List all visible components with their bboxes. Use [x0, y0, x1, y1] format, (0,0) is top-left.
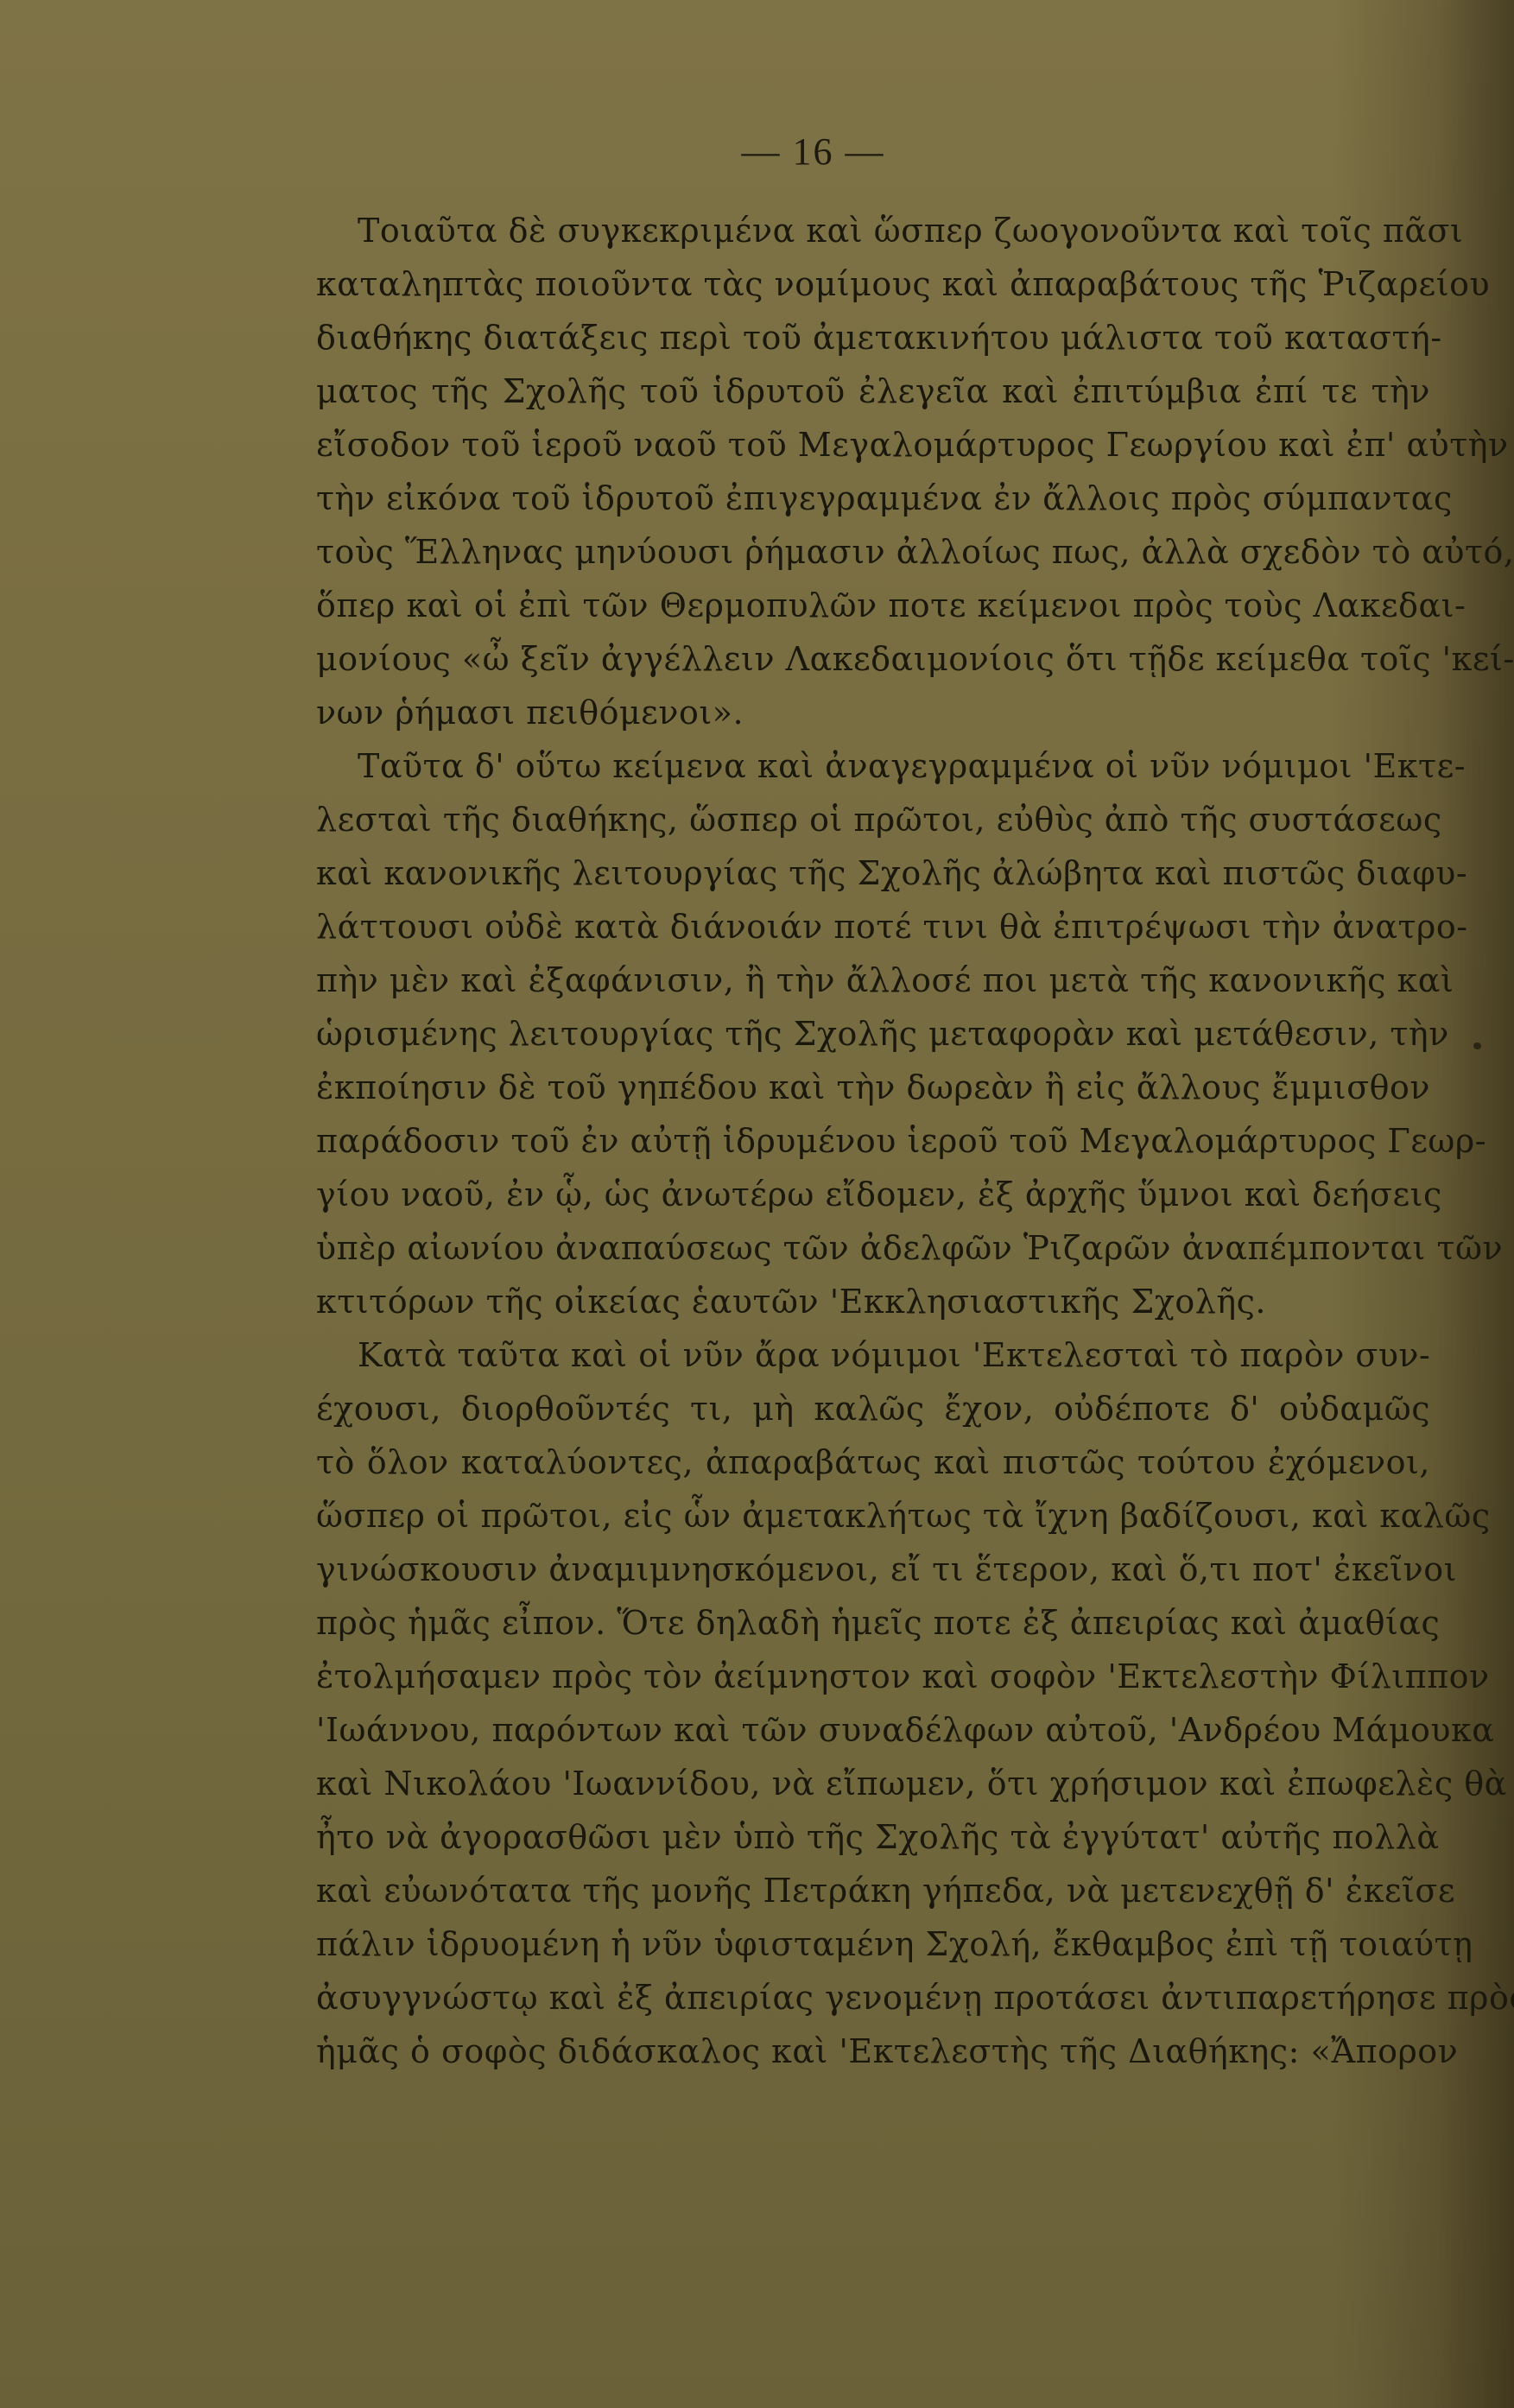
- text-line: διαθήκης διατάξεις περὶ τοῦ ἀμετακινήτου…: [316, 311, 1430, 364]
- text-line: λεσταὶ τῆς διαθήκης, ὥσπερ οἱ πρῶτοι, εὐ…: [316, 793, 1430, 846]
- text-line: ὥσπερ οἱ πρῶτοι, εἰς ὧν ἀμετακλήτως τὰ ἴ…: [316, 1489, 1430, 1543]
- text-line: πάλιν ἱδρυομένη ἡ νῦν ὑφισταμένη Σχολή, …: [316, 1917, 1430, 1971]
- text-line: έχουσι, διορθοῦντές τι, μὴ καλῶς ἔχον, ο…: [316, 1382, 1430, 1435]
- text-line: ἀσυγγνώστῳ καὶ ἐξ ἀπειρίας γενομένῃ προτ…: [316, 1971, 1430, 2025]
- text-line: καὶ κανονικῆς λειτουργίας τῆς Σχολῆς ἀλώ…: [316, 846, 1430, 900]
- body-text: Τοιαῦτα δὲ συγκεκριμένα καὶ ὥσπερ ζωογον…: [316, 204, 1430, 2078]
- text-line: γινώσκουσιν ἀναμιμνησκόμενοι, εἴ τι ἕτερ…: [316, 1543, 1430, 1596]
- text-line: λάττουσι οὐδὲ κατὰ διάνοιάν ποτέ τινι θὰ…: [316, 900, 1430, 954]
- ink-spot: [1473, 1042, 1481, 1049]
- text-line: Κατὰ ταῦτα καὶ οἱ νῦν ἄρα νόμιμοι 'Εκτελ…: [316, 1328, 1430, 1382]
- text-line: τὴν εἰκόνα τοῦ ἱδρυτοῦ ἐπιγεγραμμένα ἐν …: [316, 472, 1430, 525]
- text-line: Ταῦτα δ' οὕτω κείμενα καὶ ἀναγεγραμμένα …: [316, 739, 1430, 793]
- text-line: πρὸς ἡμᾶς εἶπον. Ὅτε δηλαδὴ ἡμεῖς ποτε ἐ…: [316, 1596, 1430, 1650]
- text-line: καταληπτὰς ποιοῦντα τὰς νομίμους καὶ ἀπα…: [316, 257, 1430, 311]
- text-line: γίου ναοῦ, ἐν ᾧ, ὡς ἀνωτέρω εἴδομεν, ἐξ …: [316, 1168, 1430, 1221]
- text-line: Τοιαῦτα δὲ συγκεκριμένα καὶ ὥσπερ ζωογον…: [316, 204, 1430, 257]
- text-line: παράδοσιν τοῦ ἐν αὐτῇ ἱδρυμένου ἱεροῦ το…: [316, 1114, 1430, 1168]
- text-line: εἴσοδον τοῦ ἱεροῦ ναοῦ τοῦ Μεγαλομάρτυρο…: [316, 418, 1430, 472]
- text-line: νων ῥήμασι πειθόμενοι».: [316, 686, 1430, 739]
- text-line: ὑπὲρ αἰωνίου ἀναπαύσεως τῶν ἀδελφῶν Ῥιζα…: [316, 1221, 1430, 1275]
- text-line: ὅπερ καὶ οἱ ἐπὶ τῶν Θερμοπυλῶν ποτε κείμ…: [316, 579, 1430, 632]
- scanned-page: — 16 — Τοιαῦτα δὲ συγκεκριμένα καὶ ὥσπερ…: [0, 0, 1514, 2408]
- text-line: πὴν μὲν καὶ ἐξαφάνισιν, ἢ τὴν ἄλλοσέ ποι…: [316, 954, 1430, 1007]
- text-line: ἐκποίησιν δὲ τοῦ γηπέδου καὶ τὴν δωρεὰν …: [316, 1061, 1430, 1114]
- page-number: — 16 —: [0, 130, 1514, 174]
- text-line: ματος τῆς Σχολῆς τοῦ ἱδρυτοῦ ἐλεγεῖα καὶ…: [316, 364, 1430, 418]
- text-line: τοὺς Ἕλληνας μηνύουσι ῥήμασιν ἀλλοίως πω…: [316, 525, 1430, 579]
- text-line: κτιτόρων τῆς οἰκείας ἑαυτῶν 'Εκκλησιαστι…: [316, 1275, 1430, 1328]
- text-line: μονίους «ὦ ξεῖν ἀγγέλλειν Λακεδαιμονίοις…: [316, 632, 1430, 686]
- text-line: ἦτο νὰ ἀγορασθῶσι μὲν ὑπὸ τῆς Σχολῆς τὰ …: [316, 1810, 1430, 1864]
- text-line: ἐτολμήσαμεν πρὸς τὸν ἀείμνηστον καὶ σοφὸ…: [316, 1650, 1430, 1703]
- text-line: ἡμᾶς ὁ σοφὸς διδάσκαλος καὶ 'Εκτελεστὴς …: [316, 2025, 1430, 2078]
- text-line: ὡρισμένης λειτουργίας τῆς Σχολῆς μεταφορ…: [316, 1007, 1430, 1061]
- text-line: καὶ εὐωνότατα τῆς μονῆς Πετράκη γήπεδα, …: [316, 1864, 1430, 1917]
- text-line: 'Ιωάννου, παρόντων καὶ τῶν συναδέλφων αὐ…: [316, 1703, 1430, 1757]
- text-line: τὸ ὅλον καταλύοντες, ἀπαραβάτως καὶ πιστ…: [316, 1435, 1430, 1489]
- text-line: καὶ Νικολάου 'Ιωαννίδου, νὰ εἴπωμεν, ὅτι…: [316, 1757, 1430, 1810]
